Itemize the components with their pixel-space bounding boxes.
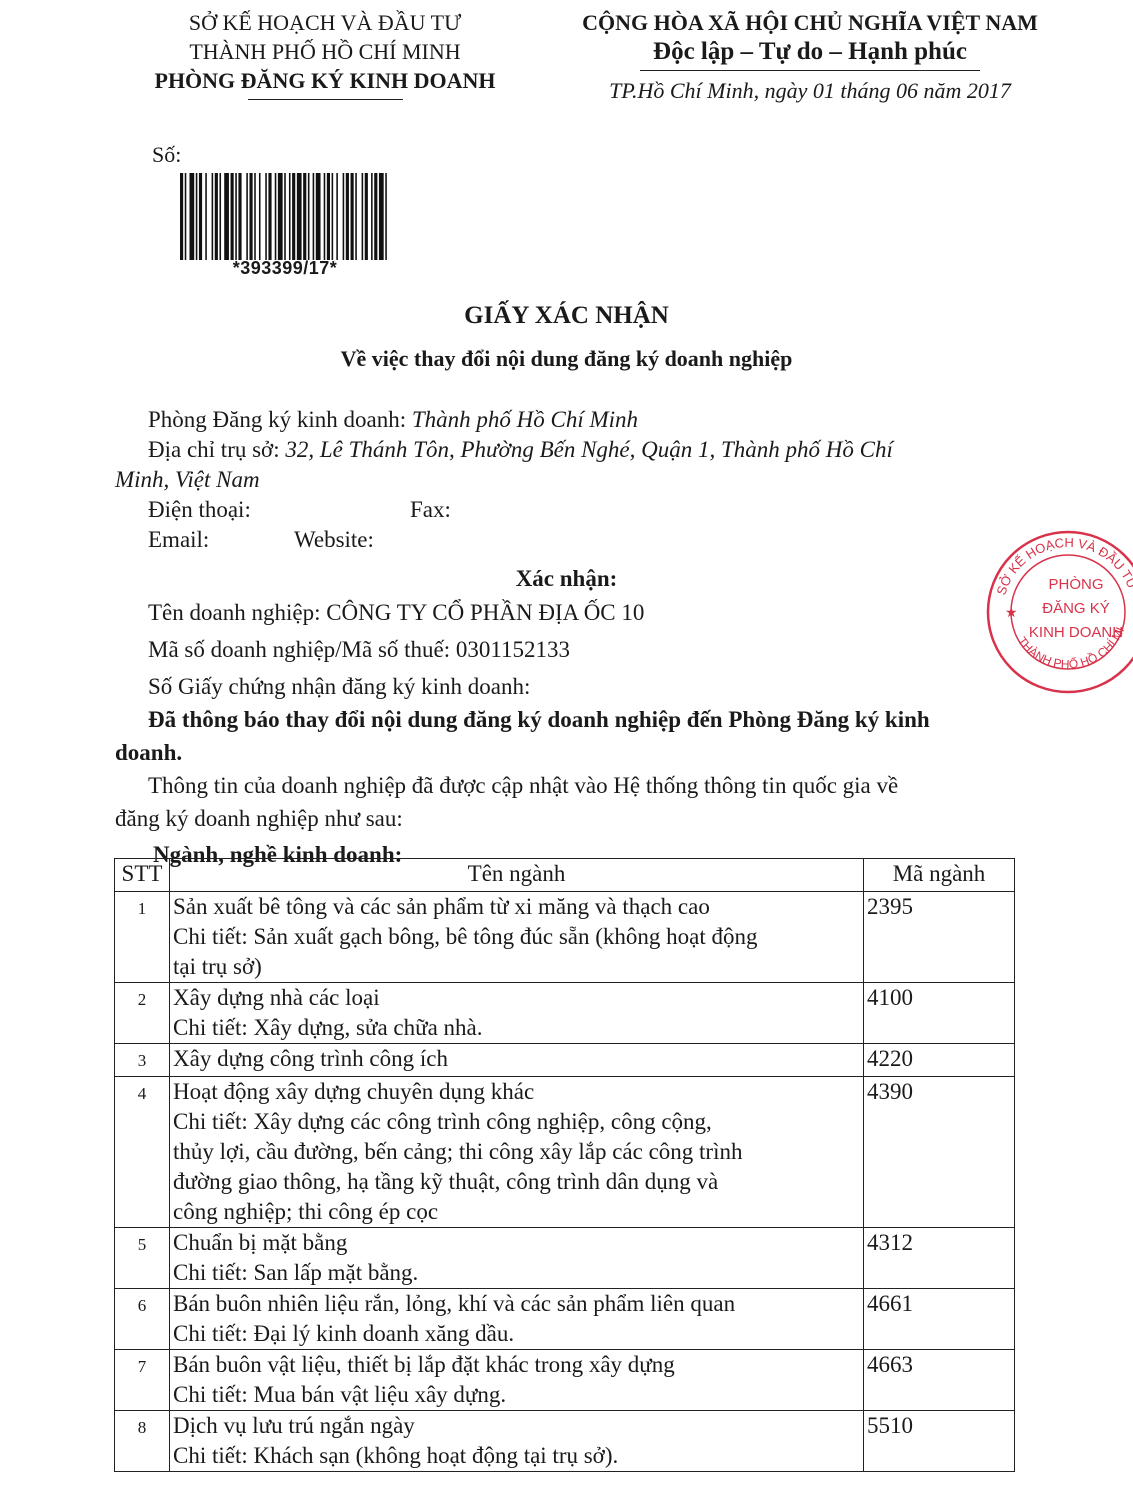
- row-ten-nganh: Bán buôn vật liệu, thiết bị lắp đặt khác…: [170, 1350, 864, 1411]
- table-row: 1Sản xuất bê tông và các sản phẩm từ xi …: [115, 892, 1015, 983]
- address-line: Địa chỉ trụ sở: 32, Lê Thánh Tôn, Phường…: [115, 435, 1045, 465]
- info-line-1: Thông tin của doanh nghiệp đã được cập n…: [115, 769, 1045, 802]
- industry-detail: Chi tiết: Mua bán vật liệu xây dựng.: [173, 1380, 860, 1410]
- industry-name: Xây dựng công trình công ích: [173, 1044, 860, 1074]
- row-stt: 5: [115, 1228, 170, 1289]
- row-ten-nganh: Sản xuất bê tông và các sản phẩm từ xi m…: [170, 892, 864, 983]
- row-ma-nganh: 4661: [864, 1289, 1015, 1350]
- cert-number: Số Giấy chứng nhận đăng ký kinh doanh:: [115, 670, 1045, 703]
- issuing-agency-header: SỞ KẾ HOẠCH VÀ ĐẦU TƯ THÀNH PHỐ HỒ CHÍ M…: [110, 8, 540, 100]
- industry-name: Bán buôn nhiên liệu rắn, lỏng, khí và cá…: [173, 1289, 860, 1319]
- row-ten-nganh: Xây dựng công trình công ích: [170, 1044, 864, 1077]
- confirm-heading: Xác nhận:: [0, 566, 1133, 592]
- industry-name: Hoạt động xây dựng chuyên dụng khác: [173, 1077, 860, 1107]
- document-title: GIẤY XÁC NHẬN: [0, 302, 1133, 330]
- row-ma-nganh: 4390: [864, 1077, 1015, 1228]
- row-stt: 3: [115, 1044, 170, 1077]
- table-row: 3Xây dựng công trình công ích4220: [115, 1044, 1015, 1077]
- agency-line-1: SỞ KẾ HOẠCH VÀ ĐẦU TƯ: [110, 8, 540, 37]
- row-stt: 2: [115, 983, 170, 1044]
- fax-label: Fax:: [410, 497, 451, 522]
- issue-date: TP.Hồ Chí Minh, ngày 01 tháng 06 năm 201…: [555, 75, 1065, 107]
- industry-name: Dịch vụ lưu trú ngắn ngày: [173, 1411, 860, 1441]
- row-ma-nganh: 4663: [864, 1350, 1015, 1411]
- industry-detail: thủy lợi, cầu đường, bến cảng; thi công …: [173, 1137, 860, 1167]
- industry-detail: Chi tiết: San lấp mặt bằng.: [173, 1258, 860, 1288]
- office-info: Phòng Đăng ký kinh doanh: Thành phố Hồ C…: [115, 405, 1045, 555]
- industry-detail: đường giao thông, hạ tầng kỹ thuật, công…: [173, 1167, 860, 1197]
- row-ma-nganh: 2395: [864, 892, 1015, 983]
- row-ten-nganh: Bán buôn nhiên liệu rắn, lỏng, khí và cá…: [170, 1289, 864, 1350]
- address-label: Địa chỉ trụ sở:: [148, 437, 285, 462]
- svg-text:KINH DOANH: KINH DOANH: [1029, 624, 1123, 641]
- document-subtitle: Về việc thay đổi nội dung đăng ký doanh …: [0, 346, 1133, 372]
- company-name: Tên doanh nghiệp: CÔNG TY CỔ PHẦN ĐỊA ỐC…: [115, 596, 1045, 629]
- row-ten-nganh: Chuẩn bị mặt bằngChi tiết: San lấp mặt b…: [170, 1228, 864, 1289]
- notice-line-1: Đã thông báo thay đổi nội dung đăng ký d…: [115, 703, 1045, 736]
- info-line-2: đăng ký doanh nghiệp như sau:: [115, 802, 1045, 835]
- motto-underline: [640, 70, 980, 71]
- table-row: 4Hoạt động xây dựng chuyên dụng khácChi …: [115, 1077, 1015, 1228]
- office-value: Thành phố Hồ Chí Minh: [412, 407, 638, 432]
- industry-name: Bán buôn vật liệu, thiết bị lắp đặt khác…: [173, 1350, 860, 1380]
- country-name: CỘNG HÒA XÃ HỘI CHỦ NGHĨA VIỆT NAM: [555, 8, 1065, 37]
- table-row: 8Dịch vụ lưu trú ngắn ngàyChi tiết: Khác…: [115, 1411, 1015, 1472]
- address-value: 32, Lê Thánh Tôn, Phường Bến Nghé, Quận …: [285, 437, 893, 462]
- agency-underline: [248, 99, 403, 100]
- confirm-block: Tên doanh nghiệp: CÔNG TY CỔ PHẦN ĐỊA ỐC…: [115, 596, 1045, 871]
- row-stt: 6: [115, 1289, 170, 1350]
- row-stt: 7: [115, 1350, 170, 1411]
- industry-name: Chuẩn bị mặt bằng: [173, 1228, 860, 1258]
- table-row: 2Xây dựng nhà các loạiChi tiết: Xây dựng…: [115, 983, 1015, 1044]
- barcode-number: *393399/17*: [180, 258, 390, 279]
- table-row: 5Chuẩn bị mặt bằngChi tiết: San lấp mặt …: [115, 1228, 1015, 1289]
- agency-line-2: THÀNH PHỐ HỒ CHÍ MINH: [110, 37, 540, 66]
- official-stamp-icon: SỞ KẾ HOẠCH VÀ ĐẦU TƯ THÀNH PHỐ HỒ CHÍ M…: [983, 527, 1133, 697]
- document-number-label: Số:: [152, 142, 181, 168]
- office-line: Phòng Đăng ký kinh doanh: Thành phố Hồ C…: [115, 405, 1045, 435]
- website-label: Website:: [294, 527, 374, 552]
- agency-line-3: PHÒNG ĐĂNG KÝ KINH DOANH: [110, 66, 540, 95]
- industry-name: Sản xuất bê tông và các sản phẩm từ xi m…: [173, 892, 860, 922]
- business-lines-table: STT Tên ngành Mã ngành 1Sản xuất bê tông…: [114, 858, 1015, 1472]
- national-motto-header: CỘNG HÒA XÃ HỘI CHỦ NGHĨA VIỆT NAM Độc l…: [555, 8, 1065, 107]
- svg-text:ĐĂNG KÝ: ĐĂNG KÝ: [1042, 600, 1110, 617]
- tax-code: Mã số doanh nghiệp/Mã số thuế: 030115213…: [115, 633, 1045, 666]
- table-row: 7Bán buôn vật liệu, thiết bị lắp đặt khá…: [115, 1350, 1015, 1411]
- row-ten-nganh: Dịch vụ lưu trú ngắn ngàyChi tiết: Khách…: [170, 1411, 864, 1472]
- industry-detail: tại trụ sở): [173, 952, 860, 982]
- row-ma-nganh: 4100: [864, 983, 1015, 1044]
- col-header-ten-nganh: Tên ngành: [170, 859, 864, 892]
- industry-name: Xây dựng nhà các loại: [173, 983, 860, 1013]
- industry-detail: Chi tiết: Khách sạn (không hoạt động tại…: [173, 1441, 860, 1471]
- row-ma-nganh: 4220: [864, 1044, 1015, 1077]
- svg-text:PHÒNG: PHÒNG: [1048, 576, 1103, 593]
- office-label: Phòng Đăng ký kinh doanh:: [148, 407, 412, 432]
- industry-detail: Chi tiết: Xây dựng các công trình công n…: [173, 1107, 860, 1137]
- table-header-row: STT Tên ngành Mã ngành: [115, 859, 1015, 892]
- industry-detail: Chi tiết: Sản xuất gạch bông, bê tông đú…: [173, 922, 860, 952]
- row-stt: 4: [115, 1077, 170, 1228]
- industry-detail: công nghiệp; thi công ép cọc: [173, 1197, 860, 1227]
- national-motto: Độc lập – Tự do – Hạnh phúc: [555, 37, 1065, 67]
- table-row: 6Bán buôn nhiên liệu rắn, lỏng, khí và c…: [115, 1289, 1015, 1350]
- notice-line-2: doanh.: [115, 736, 1045, 769]
- row-stt: 1: [115, 892, 170, 983]
- barcode-icon: [180, 173, 390, 260]
- address-line-2: Minh, Việt Nam: [115, 465, 1045, 495]
- col-header-ma-nganh: Mã ngành: [864, 859, 1015, 892]
- industry-detail: Chi tiết: Đại lý kinh doanh xăng dầu.: [173, 1319, 860, 1349]
- row-ma-nganh: 5510: [864, 1411, 1015, 1472]
- svg-text:★: ★: [1005, 604, 1018, 620]
- row-ma-nganh: 4312: [864, 1228, 1015, 1289]
- industry-detail: Chi tiết: Xây dựng, sửa chữa nhà.: [173, 1013, 860, 1043]
- phone-fax-line: Điện thoại:Fax:: [115, 495, 1045, 525]
- row-ten-nganh: Xây dựng nhà các loạiChi tiết: Xây dựng,…: [170, 983, 864, 1044]
- row-ten-nganh: Hoạt động xây dựng chuyên dụng khácChi t…: [170, 1077, 864, 1228]
- email-label: Email:: [148, 525, 294, 555]
- row-stt: 8: [115, 1411, 170, 1472]
- phone-label: Điện thoại:: [148, 495, 410, 525]
- email-website-line: Email:Website:: [115, 525, 1045, 555]
- col-header-stt: STT: [115, 859, 170, 892]
